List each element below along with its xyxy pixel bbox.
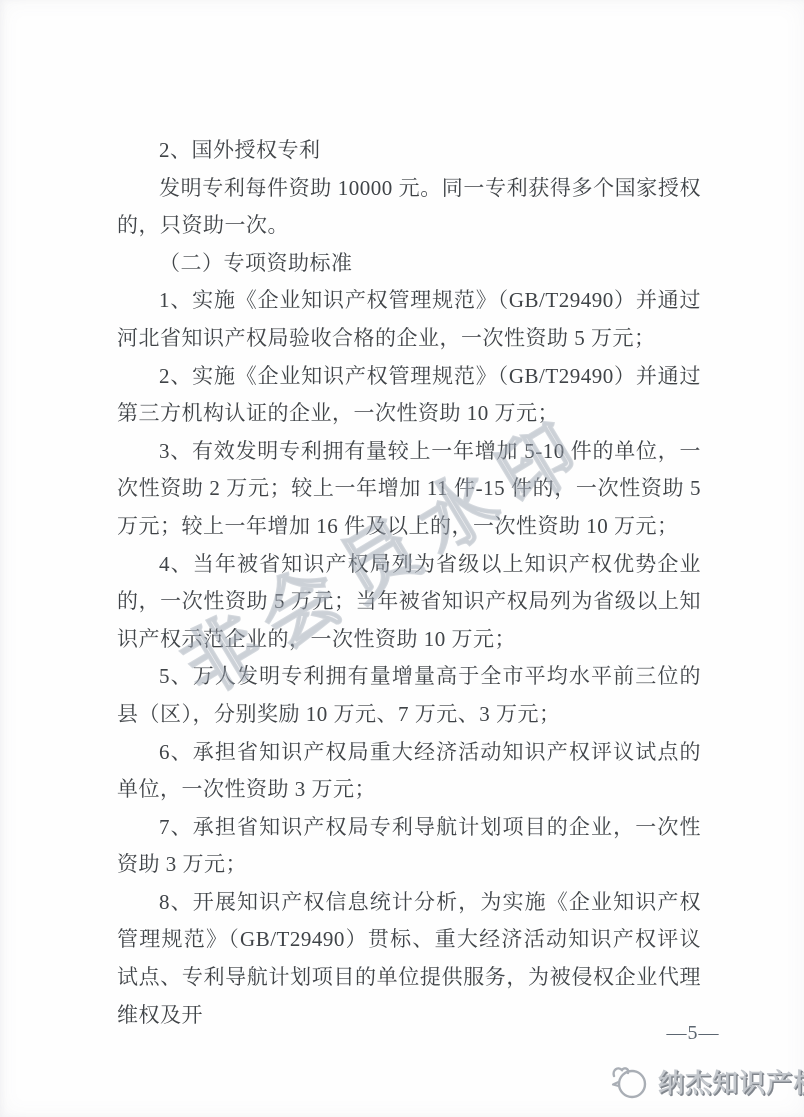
page-number: —5— bbox=[648, 1022, 738, 1045]
paragraph: （二）专项资助标准 bbox=[117, 245, 701, 283]
paragraph: 6、承担省知识产权局重大经济活动知识产权评议试点的单位，一次性资助 3 万元； bbox=[117, 734, 701, 809]
document-page: 非会员水印 2、国外授权专利 发明专利每件资助 10000 元。同一专利获得多个… bbox=[0, 0, 804, 1117]
document-body: 2、国外授权专利 发明专利每件资助 10000 元。同一专利获得多个国家授权的，… bbox=[117, 132, 701, 1034]
paragraph: 1、实施《企业知识产权管理规范》（GB/T29490）并通过河北省知识产权局验收… bbox=[117, 282, 701, 357]
paragraph: 5、万人发明专利拥有量增量高于全市平均水平前三位的县（区），分别奖励 10 万元… bbox=[117, 658, 701, 733]
paragraph: 2、国外授权专利 bbox=[117, 132, 701, 170]
paragraph: 7、承担省知识产权局专利导航计划项目的企业，一次性资助 3 万元； bbox=[117, 809, 701, 884]
agency-logo-text: 纳杰知识产权 bbox=[658, 1063, 804, 1100]
paragraph: 2、实施《企业知识产权管理规范》（GB/T29490）并通过第三方机构认证的企业… bbox=[117, 358, 701, 433]
paragraph: 8、开展知识产权信息统计分析，为实施《企业知识产权管理规范》（GB/T29490… bbox=[117, 884, 701, 1034]
chick-icon bbox=[608, 1062, 652, 1100]
agency-logo: 纳杰知识产权 bbox=[608, 1062, 804, 1100]
paragraph: 4、当年被省知识产权局列为省级以上知识产权优势企业的，一次性资助 5 万元；当年… bbox=[117, 546, 701, 659]
paragraph: 发明专利每件资助 10000 元。同一专利获得多个国家授权的，只资助一次。 bbox=[117, 170, 701, 245]
paragraph: 3、有效发明专利拥有量较上一年增加 5-10 件的单位，一次性资助 2 万元；较… bbox=[117, 433, 701, 546]
